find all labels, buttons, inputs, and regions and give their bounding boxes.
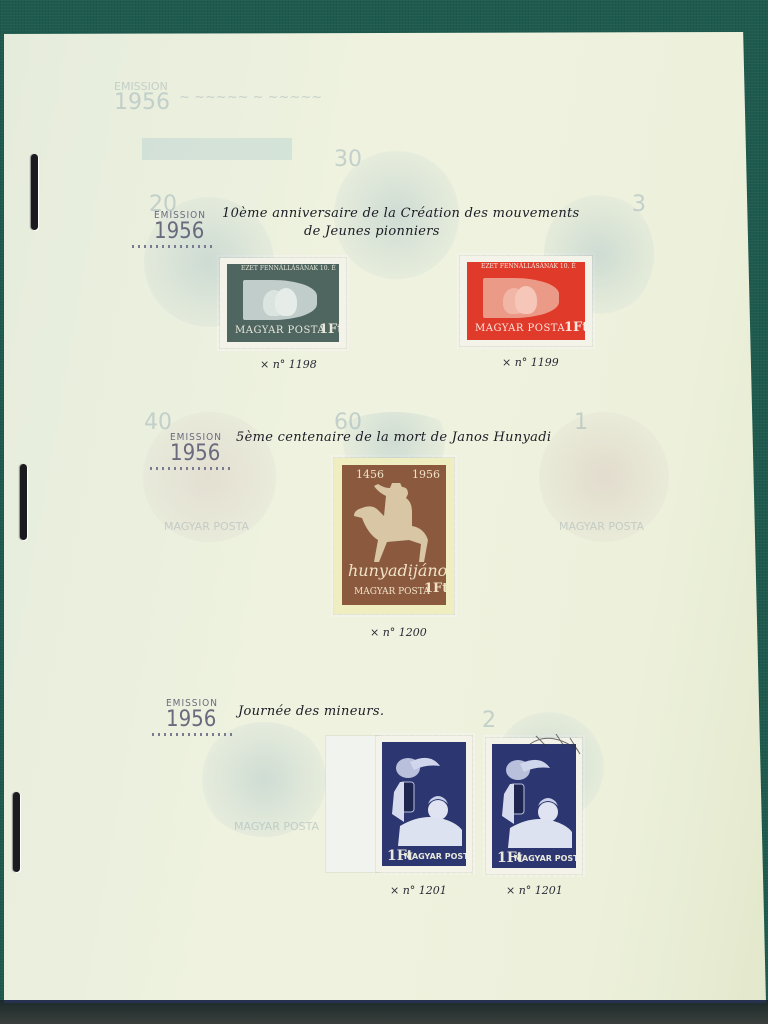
stamp-bottom-text: MAGYAR POSTA [475, 323, 565, 334]
postmark-cancellation [526, 732, 586, 772]
stamp-face: EZET FENNÁLLÁSÁNAK 10. É MAGYAR POSTA 1F… [467, 262, 585, 340]
stamp-name-text: hunyadijános [348, 561, 446, 580]
stamp-bottom-text: MAGYAR POSTA [354, 587, 430, 597]
catalog-number: × n° 1200 [370, 626, 427, 639]
stamp-face: EZET FENNÁLLÁSÁNAK 10. É MAGYAR POSTA 1F… [227, 264, 339, 342]
pioneer-head [275, 288, 297, 316]
stamp-bottom-text: MAGYAR POSTA [404, 852, 466, 861]
emission-stamp-mark: EMISSION 1956 [170, 432, 230, 470]
section-title: Journée des mineurs. [238, 704, 384, 719]
ghost-value: 40 [144, 410, 172, 435]
stamp-year-right: 1956 [412, 468, 440, 481]
stamp-1200: 1456 1956 hunyadijános MAGYAR POSTA 1Ft [334, 458, 454, 614]
binder-hole [31, 154, 38, 230]
emission-stamp-mark: EMISSION 1956 [166, 698, 232, 736]
pioneer-head [515, 286, 537, 314]
dotted-rule [132, 245, 212, 248]
binder-hole [13, 792, 20, 872]
catalog-number: × n° 1198 [260, 358, 317, 371]
sheet-margin [326, 736, 380, 872]
catalog-number: × n° 1199 [502, 356, 559, 369]
stamp-1201-with-margin: 1Ft MAGYAR POSTA [376, 736, 472, 872]
album-page: EMISSION 1956 ~ ~~~~~ ~ ~~~~~ 20 30 3 40… [4, 32, 766, 1003]
ghost-value: 1 [574, 410, 588, 435]
stamp-face: 1456 1956 hunyadijános MAGYAR POSTA 1Ft [342, 465, 446, 605]
ghost-value: 3 [632, 192, 646, 217]
hunyadi-equestrian-statue [352, 483, 438, 565]
emission-year: 1956 [166, 709, 232, 731]
stamp-top-text: EZET FENNÁLLÁSÁNAK 10. É [241, 265, 336, 272]
stamp-face: 1Ft MAGYAR POSTA [382, 742, 466, 866]
ghost-stamp-strip [142, 138, 292, 160]
ghost-handwriting: ~ ~~~~~ ~ ~~~~~ [179, 90, 322, 105]
catalog-number: × n° 1201 [506, 884, 563, 897]
stamp-value: 1Ft [424, 581, 446, 596]
stamp-value: 1Ft [564, 320, 585, 335]
binder-hole [20, 464, 27, 540]
stamp-1201-cancelled: 1Ft MAGYAR POSTA [486, 738, 582, 874]
dotted-rule [150, 467, 230, 470]
section-title: 10ème anniversaire de la Création des mo… [222, 206, 580, 221]
ghost-value: 30 [334, 147, 362, 172]
emission-year: 1956 [170, 443, 230, 465]
section-title: 5ème centenaire de la mort de Janos Huny… [236, 430, 551, 445]
stamp-top-text: EZET FENNÁLLÁSÁNAK 10. É [481, 263, 576, 270]
table-surface [0, 1000, 768, 1024]
miner-with-lamp [386, 746, 464, 846]
catalog-number: × n° 1201 [390, 884, 447, 897]
stamp-1198: EZET FENNÁLLÁSÁNAK 10. É MAGYAR POSTA 1F… [220, 258, 346, 348]
ghost-posta-text: MAGYAR POSTA [164, 520, 249, 533]
stamp-value: 1Ft [319, 322, 339, 337]
stamp-bottom-text: MAGYAR POSTA [235, 325, 325, 336]
emission-stamp-mark: EMISSION 1956 [154, 210, 212, 248]
ghost-posta-text: MAGYAR POSTA [559, 520, 644, 533]
stamp-year-left: 1456 [356, 468, 384, 481]
emission-year: 1956 [154, 221, 212, 243]
ghost-emission-year: 1956 [114, 90, 170, 115]
stamp-1199: EZET FENNÁLLÁSÁNAK 10. É MAGYAR POSTA 1F… [460, 256, 592, 346]
section-title-line2: de Jeunes pionniers [304, 224, 440, 239]
dotted-rule [152, 733, 232, 736]
ghost-posta-text: MAGYAR POSTA [234, 820, 319, 833]
stamp-bottom-text: MAGYAR POSTA [514, 854, 576, 863]
ghost-value: 2 [482, 708, 496, 733]
